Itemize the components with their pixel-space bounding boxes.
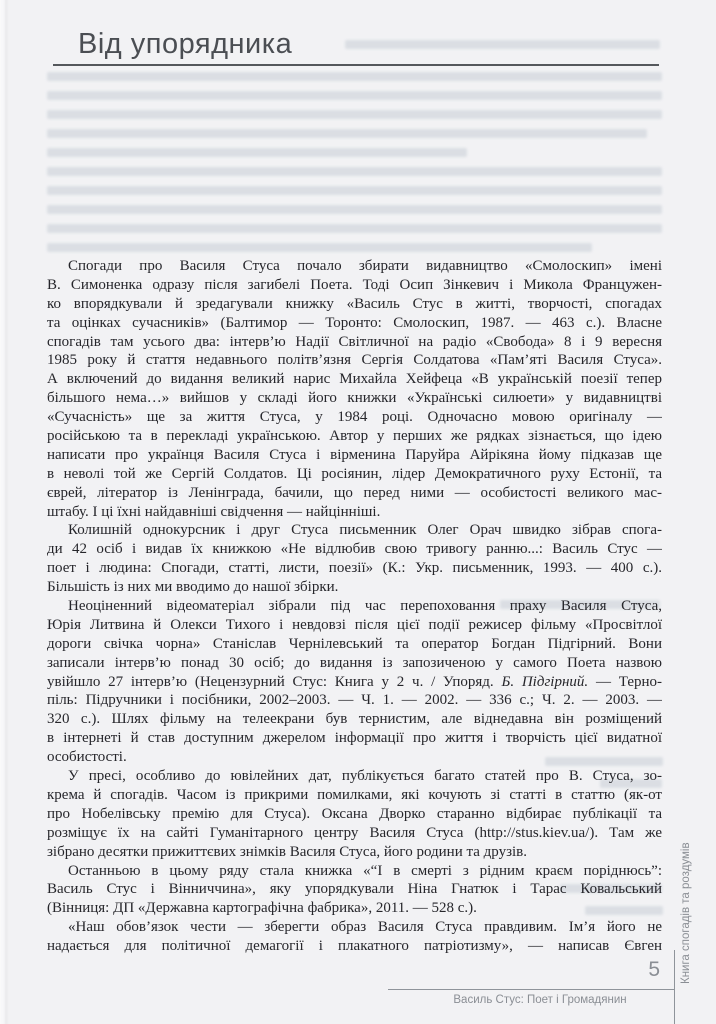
body-line: єврей, літератор із Ленінграда, бачили, … — [47, 484, 662, 503]
bleedthrough-line — [47, 148, 467, 157]
sidebar-section-label: Книга спогадів та роздумів — [680, 848, 692, 984]
bleedthrough-line — [47, 91, 662, 100]
bleedthrough-line — [47, 72, 662, 81]
body-line: та оцінках сучасників» (Балтимор — Торон… — [47, 314, 662, 333]
bleedthrough-line — [47, 167, 662, 176]
sidebar-rule — [674, 950, 675, 1024]
body-line: розміщує їх на сайті Гуманітарного центр… — [47, 824, 662, 843]
scanned-page: Від упорядника Спогади про Василя Стуса … — [0, 0, 716, 1024]
body-line: піль: Підручники і посібники, 2002–2003.… — [47, 691, 662, 710]
body-line: 1985 року й стаття недавнього політв’язн… — [47, 351, 662, 370]
body-line: написати про українця Василя Стуса і вір… — [47, 446, 662, 465]
page-edge — [0, 0, 10, 1024]
page-number: 5 — [630, 958, 660, 982]
body-line: поет і людина: Спогади, статті, листи, п… — [47, 559, 662, 578]
body-line: зібрано десятки прижиттєвих знімків Васи… — [47, 843, 662, 862]
body-line: крема й спогадів. Часом із прикрими поми… — [47, 786, 662, 805]
body-line: штабу. І ці їхні найдавніші свідчення — … — [47, 503, 662, 522]
body-line: надається для політичної демагогії і пла… — [47, 937, 662, 956]
body-line: А включений до видання великий нарис Мих… — [47, 370, 662, 389]
bleedthrough-line — [47, 129, 647, 138]
body-line: дороги свічка чорна» Станіслав Чернілевс… — [47, 635, 662, 654]
bleedthrough-line — [345, 40, 660, 49]
body-line: Колишній однокурсник і друг Стуса письме… — [47, 521, 662, 540]
body-line: «Сучасність» ще за життя Стуса, у 1984 р… — [47, 408, 662, 427]
bleedthrough-line — [47, 205, 662, 214]
body-line: Юрія Литвина й Олекси Тихого і невдовзі … — [47, 616, 662, 635]
body-line: «Наш обов’язок чести — зберегти образ Ва… — [47, 918, 662, 937]
body-line: ко впорядкували й зредагували книжку «Ва… — [47, 295, 662, 314]
bleedthrough-line — [47, 110, 662, 119]
body-line: 320 с.). Шлях фільму на телеекрани був т… — [47, 710, 662, 729]
bleedthrough-line — [47, 243, 592, 252]
body-line: в інтернеті й став доступним джерелом ін… — [47, 729, 662, 748]
body-line: увійшло 27 інтерв’ю (Нецензурний Стус: К… — [47, 673, 662, 692]
bleedthrough-line — [47, 224, 662, 233]
body-line: ди 42 осіб і видав їх книжкою «Не відлюб… — [47, 540, 662, 559]
page-title: Від упорядника — [78, 28, 292, 61]
body-line: (Вінниця: ДП «Державна картографічна фаб… — [47, 899, 662, 918]
body-line: спогадів там усього два: інтерв’ю Надії … — [47, 333, 662, 352]
body-line: Останньою в цьому ряду стала книжка «“І … — [47, 862, 662, 881]
body-text: Спогади про Василя Стуса почало збирати … — [47, 257, 662, 956]
body-line: Більшість із них ми вводимо до нашої збі… — [47, 578, 662, 597]
header-rule — [53, 64, 659, 66]
footer-rule — [388, 989, 674, 990]
bleedthrough-line — [47, 186, 662, 195]
body-line: більшого нема…» вийшов у складі його кни… — [47, 389, 662, 408]
body-line: в неволі той же Сергій Солдатов. Ці росі… — [47, 465, 662, 484]
footer-book-title: Василь Стус: Поет і Громадянин — [420, 994, 660, 1006]
body-line: про Нобелівську премію для Стуса). Оксан… — [47, 805, 662, 824]
body-line: В. Симоненка одразу після загибелі Поета… — [47, 276, 662, 295]
body-line: Неоціненний відеоматеріал зібрали під ча… — [47, 597, 662, 616]
body-line: Василь Стус і Вінниччина», яку упорядкув… — [47, 880, 662, 899]
body-line: У пресі, особливо до ювілейних дат, публ… — [47, 767, 662, 786]
body-line: особистості. — [47, 748, 662, 767]
body-line: Спогади про Василя Стуса почало збирати … — [47, 257, 662, 276]
body-line: російською та в перекладі українською. А… — [47, 427, 662, 446]
body-line: записали інтерв’ю понад 30 осіб; до вида… — [47, 654, 662, 673]
